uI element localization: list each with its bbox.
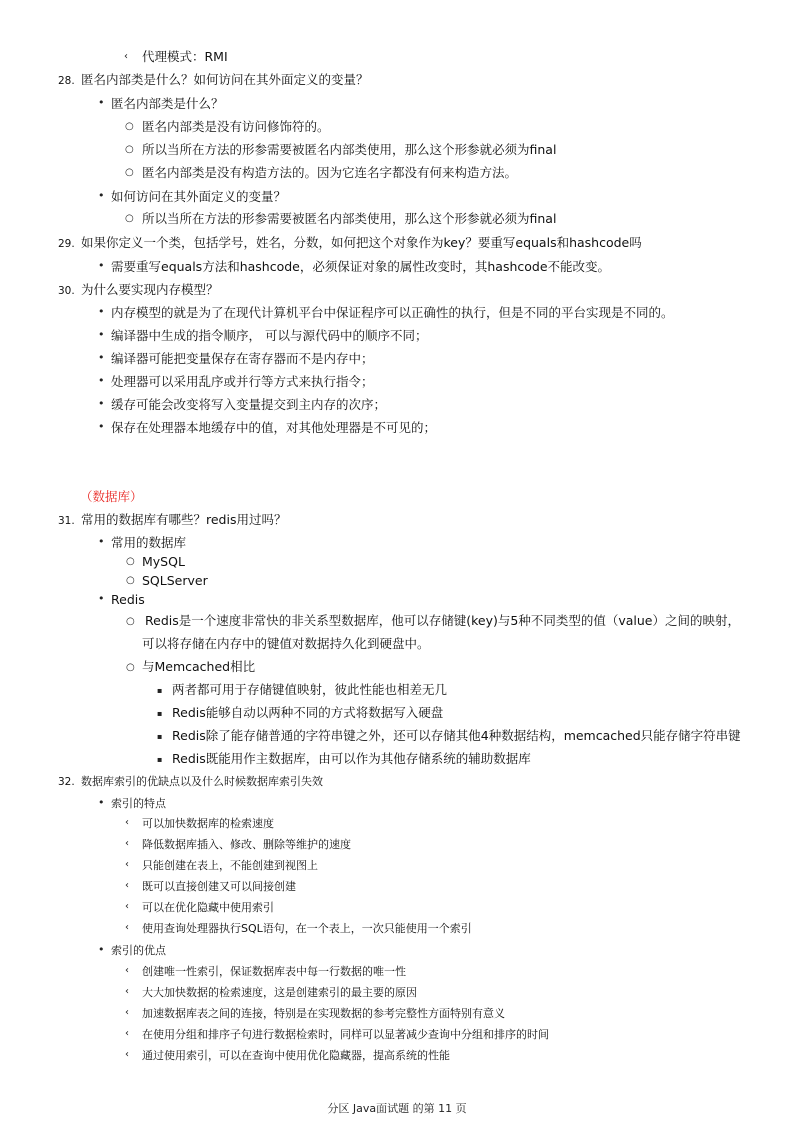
bullet-icon: •	[98, 420, 105, 433]
bullet-icon: •	[98, 96, 105, 109]
list-item: 加速数据库表之间的连接，特别是在实现数据的参考完整性方面特别有意义	[142, 1006, 505, 1022]
list-item: 匿名内部类是没有构造方法的。因为它连名字都没有何来构造方法。	[142, 165, 517, 181]
list-item: 使用查询处理器执行SQL语句，在一个表上，一次只能使用一个索引	[142, 921, 472, 937]
question-title: 为什么要实现内存模型？	[81, 282, 219, 298]
angle-bullet-icon: ‹	[125, 1028, 129, 1039]
list-item: 索引的特点	[111, 796, 166, 812]
bullet-icon: •	[98, 397, 105, 410]
square-bullet-icon: ▪	[157, 732, 162, 741]
angle-bullet-icon: ‹	[125, 838, 129, 849]
list-item: 大大加快数据的检索速度，这是创建索引的最主要的原因	[142, 985, 417, 1001]
circle-bullet-icon: ○	[126, 662, 135, 673]
circle-bullet-icon: ○	[126, 575, 135, 586]
list-item: Redis	[111, 592, 145, 608]
list-item: 可以加快数据库的检索速度	[142, 816, 274, 832]
list-item: Redis是一个速度非常快的非关系型数据库，他可以存储键(key)与5种不同类型…	[145, 613, 740, 629]
question-title: 匿名内部类是什么？如何访问在其外面定义的变量？	[81, 72, 369, 88]
list-item: 所以当所在方法的形参需要被匿名内部类使用，那么这个形参就必须为final	[142, 142, 556, 158]
list-item: 创建唯一性索引，保证数据库表中每一行数据的唯一性	[142, 964, 406, 980]
list-item: 处理器可以采用乱序或并行等方式来执行指令；	[111, 374, 374, 390]
list-item: 匿名内部类是什么？	[111, 96, 224, 112]
square-bullet-icon: ▪	[157, 686, 162, 695]
circle-bullet-icon: ○	[126, 616, 135, 627]
question-number: 32.	[58, 776, 75, 788]
list-item: 内存模型的就是为了在现代计算机平台中保证程序可以正确性的执行，但是不同的平台实现…	[111, 305, 674, 321]
list-item: Redis能够自动以两种不同的方式将数据写入硬盘	[172, 705, 443, 721]
list-item: 与Memcached相比	[142, 659, 255, 675]
list-item: 所以当所在方法的形参需要被匿名内部类使用，那么这个形参就必须为final	[142, 211, 556, 227]
list-item: 两者都可用于存储键值映射，彼此性能也相差无几	[172, 682, 447, 698]
list-item: 既可以直接创建又可以间接创建	[142, 879, 296, 895]
bullet-icon: •	[98, 189, 105, 202]
list-item: Redis既能用作主数据库，由可以作为其他存储系统的辅助数据库	[172, 751, 531, 767]
list-item: 代理模式：RMI	[142, 49, 228, 65]
question-number: 30.	[58, 285, 75, 297]
angle-bullet-icon: ‹	[125, 986, 129, 997]
bullet-icon: •	[98, 351, 105, 364]
circle-bullet-icon: ○	[125, 167, 134, 178]
list-item: 编译器中生成的指令顺序， 可以与源代码中的顺序不同；	[111, 328, 427, 344]
list-item: 可以在优化隐藏中使用索引	[142, 900, 274, 916]
angle-bullet-icon: ‹	[125, 901, 129, 912]
list-item: 降低数据库插入、修改、删除等维护的速度	[142, 837, 351, 853]
question-number: 31.	[58, 515, 75, 527]
angle-bullet-icon: ‹	[125, 1007, 129, 1018]
list-item: 需要重写equals方法和hashcode，必须保证对象的属性改变时，其hash…	[111, 259, 610, 275]
angle-bullet-icon: ‹	[125, 817, 129, 828]
bullet-icon: •	[98, 943, 105, 956]
list-item: Redis除了能存储普通的字符串键之外，还可以存储其他4种数据结构，memcac…	[172, 728, 741, 744]
angle-bullet-icon: ‹	[125, 965, 129, 976]
list-item: 缓存可能会改变将写入变量提交到主内存的次序；	[111, 397, 386, 413]
angle-bullet-icon: ‹	[125, 880, 129, 891]
list-marker: ‹	[124, 51, 128, 62]
page-footer: 分区 Java面试题 的第 11 页	[0, 1100, 794, 1116]
question-number: 28.	[58, 75, 75, 87]
question-number: 29.	[58, 238, 75, 250]
section-heading: （数据库）	[80, 489, 143, 505]
bullet-icon: •	[98, 259, 105, 272]
circle-bullet-icon: ○	[126, 556, 135, 567]
list-item: 通过使用索引，可以在查询中使用优化隐藏器，提高系统的性能	[142, 1048, 450, 1064]
list-item: 在使用分组和排序子句进行数据检索时，同样可以显著减少查询中分组和排序的时间	[142, 1027, 549, 1043]
bullet-icon: •	[98, 592, 105, 605]
list-item: 如何访问在其外面定义的变量？	[111, 189, 286, 205]
square-bullet-icon: ▪	[157, 755, 162, 764]
list-item: 匿名内部类是没有访问修饰符的。	[142, 119, 330, 135]
list-item: 索引的优点	[111, 943, 166, 959]
circle-bullet-icon: ○	[125, 121, 134, 132]
list-item: 编译器可能把变量保存在寄存器而不是内存中；	[111, 351, 374, 367]
list-item: MySQL	[142, 554, 185, 570]
list-item: 保存在处理器本地缓存中的值，对其他处理器是不可见的；	[111, 420, 436, 436]
angle-bullet-icon: ‹	[125, 1049, 129, 1060]
circle-bullet-icon: ○	[125, 144, 134, 155]
question-title: 如果你定义一个类，包括学号，姓名，分数，如何把这个对象作为key？要重写equa…	[81, 235, 642, 251]
list-item: SQLServer	[142, 573, 208, 589]
list-item: 只能创建在表上，不能创建到视图上	[142, 858, 318, 874]
question-title: 数据库索引的优缺点以及什么时候数据库索引失效	[81, 774, 323, 790]
bullet-icon: •	[98, 374, 105, 387]
bullet-icon: •	[98, 328, 105, 341]
circle-bullet-icon: ○	[125, 213, 134, 224]
bullet-icon: •	[98, 535, 105, 548]
angle-bullet-icon: ‹	[125, 922, 129, 933]
angle-bullet-icon: ‹	[125, 859, 129, 870]
question-title: 常用的数据库有哪些？redis用过吗？	[81, 512, 286, 528]
square-bullet-icon: ▪	[157, 709, 162, 718]
list-item-continuation: 可以将存储在内存中的键值对数据持久化到硬盘中。	[142, 636, 430, 652]
list-item: 常用的数据库	[111, 535, 186, 551]
bullet-icon: •	[98, 305, 105, 318]
bullet-icon: •	[98, 796, 105, 809]
